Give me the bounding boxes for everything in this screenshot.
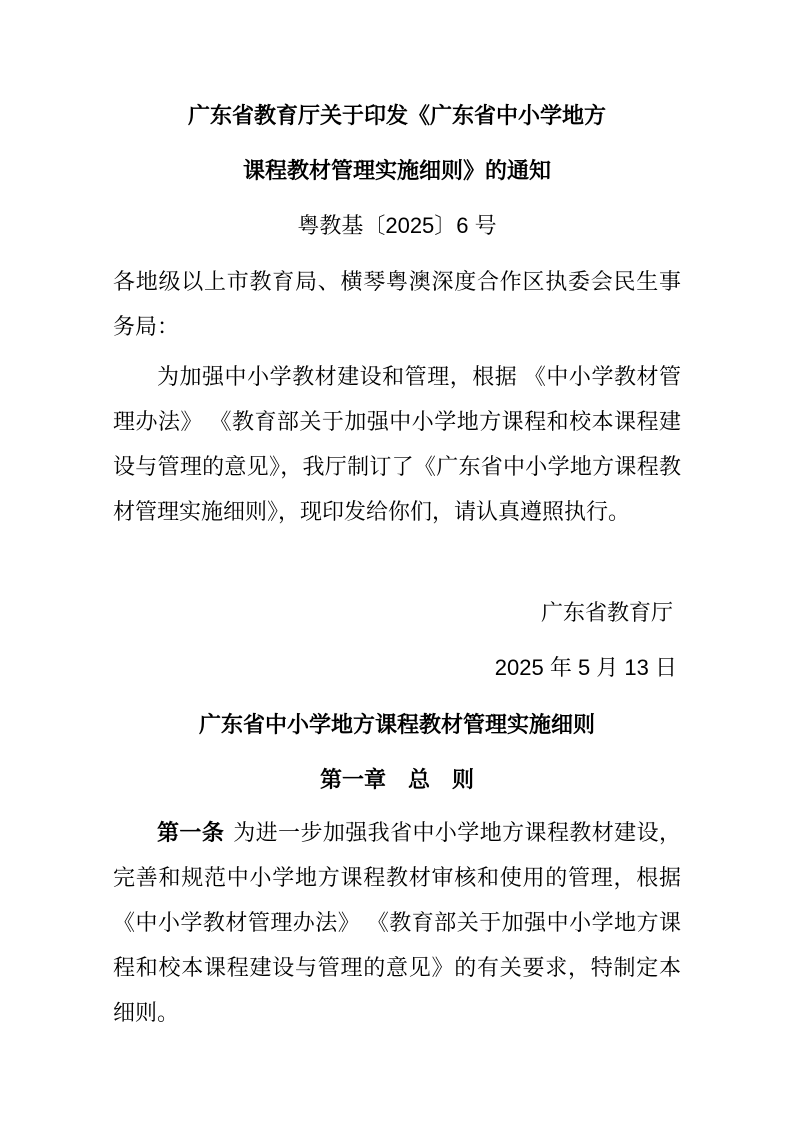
notice-title: 广东省教育厅关于印发《广东省中小学地方 课程教材管理实施细则》的通知	[113, 88, 681, 198]
issuer-signature: 广东省教育厅	[113, 585, 681, 640]
chapter-1-heading: 第一章 总 则	[113, 752, 681, 807]
notice-title-line2: 课程教材管理实施细则》的通知	[113, 143, 681, 198]
notice-title-line1: 广东省教育厅关于印发《广东省中小学地方	[113, 88, 681, 143]
article-1-label: 第一条	[157, 820, 224, 845]
article-1-text: 为进一步加强我省中小学地方课程教材建设，完善和规范中小学地方课程教材审核和使用的…	[113, 820, 681, 1025]
notice-body-paragraph: 为加强中小学教材建设和管理，根据 《中小学教材管理办法》 《教育部关于加强中小学…	[113, 354, 681, 534]
document-page: 广东省教育厅关于印发《广东省中小学地方 课程教材管理实施细则》的通知 粤教基〔2…	[0, 0, 794, 1123]
regulation-title: 广东省中小学地方课程教材管理实施细则	[113, 697, 681, 752]
issue-date: 2025 年 5 月 13 日	[113, 640, 681, 695]
document-number: 粤教基〔2025〕6 号	[113, 198, 681, 253]
salutation: 各地级以上市教育局、横琴粤澳深度合作区执委会民生事务局：	[113, 259, 681, 349]
article-1-paragraph: 第一条为进一步加强我省中小学地方课程教材建设，完善和规范中小学地方课程教材审核和…	[113, 810, 681, 1035]
